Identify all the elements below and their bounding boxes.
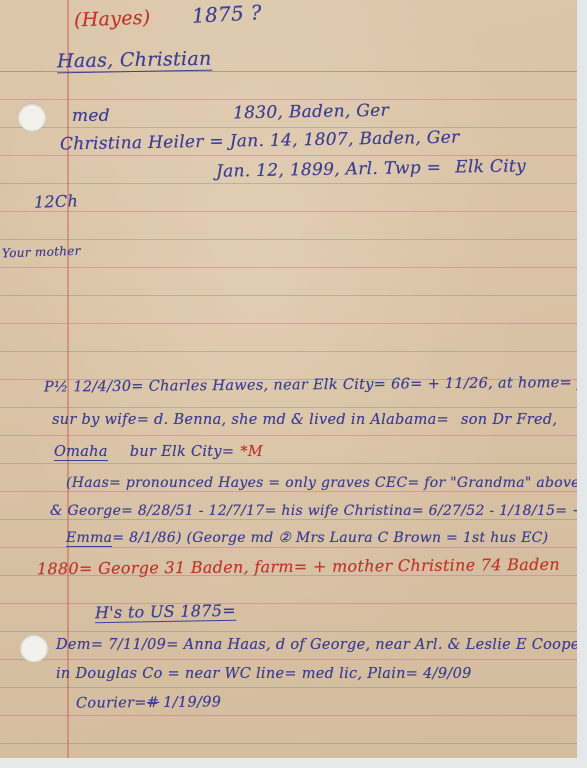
handwriting-segment: 1/19/99 (163, 694, 221, 711)
handwriting-segment: Christina Heiler = Jan. 14, 1807, Baden,… (60, 128, 460, 155)
handwriting-segment: 1830, Baden, Ger (233, 101, 389, 124)
handwriting-segment: *M (240, 444, 263, 460)
handwriting-segment: Elk City (455, 156, 526, 177)
scan-edge-right (577, 0, 587, 768)
name-heading: Haas, Christian (57, 48, 212, 74)
handwriting-segment: bur Elk City= (130, 444, 235, 460)
children-count: 12Ch (34, 191, 79, 212)
scanner-background: (Hayes)1875 ?Haas, Christianmed1830, Bad… (0, 0, 587, 768)
obit-line-1: P½ 12/4/30= Charles Hawes, near Elk City… (44, 374, 587, 395)
handwriting-segment: (Hayes) (74, 7, 151, 32)
margin-note: Your mother (2, 244, 81, 261)
surname-variant-note: (Hayes) (74, 7, 151, 32)
immigration-heading: H's to US 1875= (95, 601, 236, 623)
death-info: Jan. 12, 1899, Arl. Twp = Elk City (216, 156, 526, 181)
handwriting-segment: = 8/1/86) (George md ② Mrs Laura C Brown… (112, 530, 548, 546)
pronunciation-note: (Haas= pronounced Hayes = only graves CE… (66, 475, 587, 491)
handwriting-segment: 1875 ? (191, 0, 262, 28)
emma-dates: Emma= 8/1/86) (George md ② Mrs Laura C B… (66, 530, 548, 547)
handwriting-segment: Omaha (54, 444, 108, 461)
wife-info: Christina Heiler = Jan. 14, 1807, Baden,… (60, 128, 460, 155)
handwriting-segment: son Dr Fred, (461, 412, 557, 428)
birth-info: 1830, Baden, Ger (233, 101, 389, 124)
year-note: 1875 ? (191, 0, 262, 28)
handwriting-segment: # (147, 695, 160, 711)
handwriting-segment: Courier= (76, 695, 147, 712)
handwriting-segment: sur by wife= d. Benna, she md & lived in… (52, 412, 449, 428)
handwriting-segment: Your mother (2, 244, 81, 261)
handwriting-segment: & George= 8/28/51 - 12/7/17= his wife Ch… (50, 503, 587, 519)
handwriting-segment: Jan. 12, 1899, Arl. Twp = (216, 158, 442, 182)
handwriting-segment: in Douglas Co = near WC line= med lic, P… (56, 666, 472, 682)
george-dates: & George= 8/28/51 - 12/7/17= his wife Ch… (50, 503, 587, 519)
census-1880-note: 1880= George 31 Baden, farm= + mother Ch… (37, 555, 560, 579)
handwriting-segment: H's to US 1875= (95, 601, 236, 623)
obit-line-2: sur by wife= d. Benna, she md & lived in… (52, 412, 557, 428)
handwriting-segment: P½ 12/4/30= Charles Hawes, near Elk City… (44, 374, 587, 395)
handwriting-segment: 12Ch (34, 191, 79, 212)
married-label: med (72, 106, 110, 126)
handwriting-segment: 1880= George 31 Baden, farm= + mother Ch… (37, 555, 560, 579)
dem-line-1: Dem= 7/11/09= Anna Haas, d of George, ne… (56, 637, 587, 653)
handwriting-segment: (Haas= pronounced Hayes = only graves CE… (66, 475, 587, 491)
ink-layer: (Hayes)1875 ?Haas, Christianmed1830, Bad… (0, 0, 577, 758)
dem-line-2: in Douglas Co = near WC line= med lic, P… (56, 666, 472, 682)
handwriting-segment: med (72, 106, 110, 126)
handwriting-segment: Emma (66, 530, 112, 547)
obit-line-3: Omahabur Elk City= *M (54, 444, 263, 461)
courier-note: Courier= #1/19/99 (76, 694, 221, 711)
handwriting-segment: Dem= 7/11/09= Anna Haas, d of George, ne… (56, 637, 587, 653)
scan-edge-bottom (0, 758, 587, 768)
notebook-paper: (Hayes)1875 ?Haas, Christianmed1830, Bad… (0, 0, 577, 758)
handwriting-segment: Haas, Christian (57, 48, 212, 74)
